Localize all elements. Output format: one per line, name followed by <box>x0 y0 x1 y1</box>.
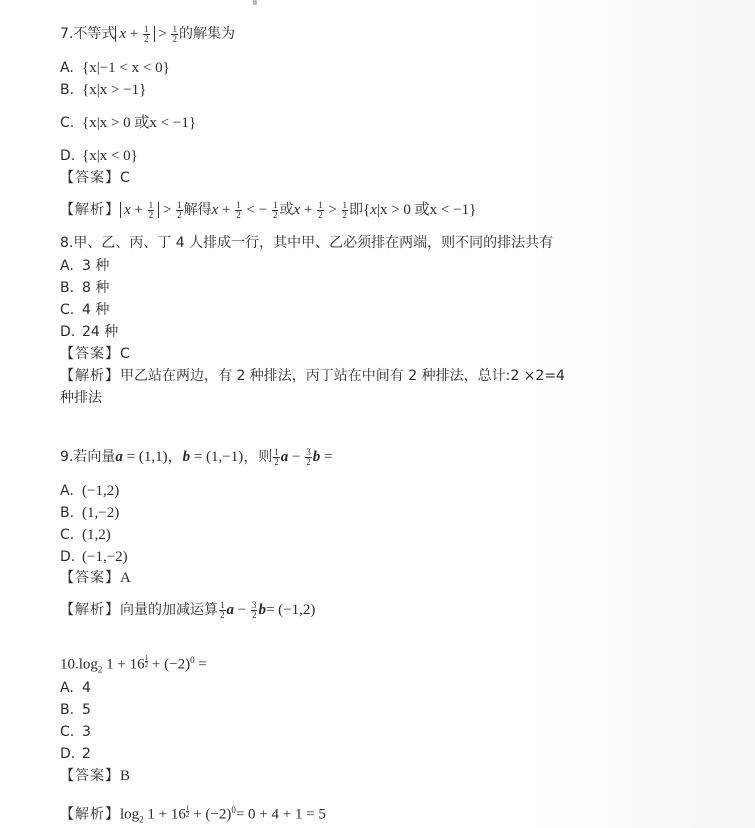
word-or: 或 <box>279 202 293 218</box>
q9-option-c: C.(1,2) <box>60 525 111 545</box>
op-plus: + <box>131 202 147 218</box>
q9-answer: 【答案】A <box>60 568 131 588</box>
q8-stem-text: 甲、乙、丙、丁 4 人排成一行，其中甲、乙必须排在两端，则不同的排法共有 <box>73 235 553 251</box>
frac-num: 1 <box>143 25 150 35</box>
op-eq: = <box>320 449 332 465</box>
q8-analysis-cont: 种排法 <box>60 388 102 408</box>
option-label: C. <box>60 722 82 742</box>
frac-den: 2 <box>343 211 348 220</box>
op-plus: + <box>189 807 205 823</box>
base-sixteen: 16 <box>130 657 145 673</box>
frac-den: 2 <box>177 211 182 220</box>
word-solve: 解得 <box>184 202 212 218</box>
analysis-label: 【解析】 <box>60 368 120 384</box>
frac-num: 1 <box>317 201 324 211</box>
q8-analysis: 【解析】甲乙站在两边，有 2 种排法，丙丁站在中间有 2 种排法，总计:2 ×2… <box>60 366 565 386</box>
word-then: 则 <box>258 449 272 465</box>
q10-answer: 【答案】B <box>60 766 130 786</box>
log-fn: log <box>79 657 98 673</box>
frac-num: 1 <box>171 25 178 35</box>
abs-expr: x + 12 <box>120 202 159 218</box>
frac-half: 12 <box>176 201 183 220</box>
frac-half: 12 <box>219 601 226 620</box>
analysis-result: = (−1,2) <box>266 602 315 618</box>
vector-a-value: = (1,1)， <box>123 449 183 465</box>
frac-den: 2 <box>149 211 154 220</box>
op-gt: > <box>159 202 175 218</box>
option-label: D. <box>60 322 82 342</box>
q9-stem-prefix: 若向量 <box>73 449 115 465</box>
answer-value: A <box>120 570 131 586</box>
frac-half: 12 <box>273 448 280 467</box>
option-label: B. <box>60 503 82 523</box>
frac-den: 2 <box>220 611 225 620</box>
op-plus: + <box>218 202 234 218</box>
set-condition: x > 0 或x < −1 <box>380 202 469 218</box>
page-artifact-mark <box>253 0 257 5</box>
option-label: B. <box>60 278 82 298</box>
op-plus: + <box>155 807 171 823</box>
analysis-prefix: 向量的加减运算 <box>120 602 218 618</box>
q9-stem: 9.若向量a = (1,1)，b = (1,−1)，则12a − 32b = <box>60 447 332 467</box>
q7-option-c: C.{x|x > 0 或x < −1} <box>60 113 196 133</box>
vector-b-value: = (1,−1)， <box>190 449 258 465</box>
analysis-text: 甲乙站在两边，有 2 种排法，丙丁站在中间有 2 种排法，总计:2 ×2=4 <box>120 368 565 384</box>
log-arg: 1 <box>102 657 113 673</box>
frac-num: 1 <box>235 201 242 211</box>
analysis-label: 【解析】 <box>60 602 120 618</box>
vector-a: a <box>227 602 235 618</box>
answer-label: 【答案】 <box>60 768 120 784</box>
frac-den: 2 <box>274 458 279 467</box>
q10-analysis: 【解析】log2 1 + 1612 + (−2)0= 0 + 4 + 1 = 5 <box>60 800 326 828</box>
frac-num: 1 <box>219 601 226 611</box>
option-label: A. <box>60 678 82 698</box>
var-x: x <box>124 202 131 218</box>
frac-three-halves: 32 <box>251 601 258 620</box>
q10-stem: 10.log2 1 + 1612 + (−2)0 = <box>60 650 207 679</box>
option-label: C. <box>60 113 82 133</box>
frac-half: 12 <box>148 201 155 220</box>
frac-half: 12 <box>171 25 178 44</box>
option-text: 24 种 <box>82 324 118 340</box>
q8-option-c: C.4 种 <box>60 300 109 320</box>
frac-den: 2 <box>306 458 311 467</box>
q8-option-d: D.24 种 <box>60 322 118 342</box>
frac-num: 1 <box>273 448 280 458</box>
op-minus: − <box>234 602 250 618</box>
document-page: 7.不等式x + 12 > 12的解集为 A.{x|−1 < x < 0} B.… <box>0 0 755 828</box>
q7-stem: 7.不等式x + 12 > 12的解集为 <box>60 24 235 44</box>
option-text: 2 <box>82 746 91 762</box>
answer-label: 【答案】 <box>60 170 120 186</box>
option-text: (−1,−2) <box>82 549 128 565</box>
answer-value: B <box>120 768 130 784</box>
op-lt: < <box>243 202 259 218</box>
op-plus: + <box>300 202 316 218</box>
frac-half: 12 <box>272 201 279 220</box>
vector-b: b <box>183 449 191 465</box>
q7-stem-suffix: 的解集为 <box>179 26 235 42</box>
option-text: 5 <box>82 702 91 718</box>
q10-option-b: B.5 <box>60 700 91 720</box>
option-text: 4 <box>82 680 91 696</box>
op-gt: > <box>155 26 171 42</box>
frac-half: 12 <box>317 201 324 220</box>
neg-two: (−2) <box>205 807 231 823</box>
log-fn: log <box>120 807 139 823</box>
q10-option-c: C.3 <box>60 722 91 742</box>
frac-den: 2 <box>252 611 257 620</box>
option-label: D. <box>60 146 82 166</box>
neg-two: (−2) <box>164 657 190 673</box>
vector-b: b <box>258 602 266 618</box>
q7-stem-prefix: 不等式 <box>73 26 115 42</box>
frac-num: 1 <box>342 201 349 211</box>
q7-option-a: A.{x|−1 < x < 0} <box>60 58 170 78</box>
op-plus: + <box>126 26 142 42</box>
q10-number: 10. <box>60 657 79 673</box>
q7-abs-expr: x + 12 <box>115 26 154 42</box>
option-text: (−1,2) <box>82 483 119 499</box>
q8-number: 8. <box>60 235 73 251</box>
op-plus: + <box>148 657 164 673</box>
q9-analysis: 【解析】向量的加减运算12a − 32b= (−1,2) <box>60 600 315 620</box>
answer-value: C <box>120 346 130 362</box>
log-arg: 1 <box>144 807 155 823</box>
q8-option-a: A.3 种 <box>60 256 109 276</box>
q9-option-b: B.(1,−2) <box>60 503 119 523</box>
frac-half: 12 <box>143 25 150 44</box>
frac-den: 2 <box>273 211 278 220</box>
option-text: 8 种 <box>82 280 109 296</box>
option-text: {x|x > −1} <box>82 82 146 98</box>
option-text: 3 种 <box>82 258 109 274</box>
frac-half: 12 <box>342 201 349 220</box>
q10-option-d: D.2 <box>60 744 91 764</box>
q8-answer: 【答案】C <box>60 344 130 364</box>
option-text: {x|x < 0} <box>82 148 138 164</box>
option-text: {x|−1 < x < 0} <box>82 60 170 76</box>
option-label: A. <box>60 256 82 276</box>
option-label: D. <box>60 547 82 567</box>
frac-num: 1 <box>176 201 183 211</box>
q7-option-b: B.{x|x > −1} <box>60 80 146 100</box>
q9-option-a: A.(−1,2) <box>60 481 119 501</box>
q8-stem: 8.甲、乙、丙、丁 4 人排成一行，其中甲、乙必须排在两端，则不同的排法共有 <box>60 233 553 253</box>
frac-num: 1 <box>272 201 279 211</box>
frac-three-halves: 32 <box>305 448 312 467</box>
op-gt: > <box>325 202 341 218</box>
op-eq: = <box>195 657 207 673</box>
option-label: B. <box>60 80 82 100</box>
frac-den: 2 <box>144 35 149 44</box>
op-plus: + <box>114 657 130 673</box>
analysis-label: 【解析】 <box>60 807 120 823</box>
option-text: 3 <box>82 724 91 740</box>
q9-option-d: D.(−1,−2) <box>60 547 128 567</box>
brace-close: } <box>469 202 476 218</box>
option-text: 4 种 <box>82 302 109 318</box>
answer-label: 【答案】 <box>60 346 120 362</box>
option-label: C. <box>60 525 82 545</box>
option-label: B. <box>60 700 82 720</box>
vector-a: a <box>115 449 123 465</box>
frac-den: 2 <box>236 211 241 220</box>
answer-label: 【答案】 <box>60 570 120 586</box>
frac-num: 3 <box>251 601 258 611</box>
analysis-result: = 0 + 4 + 1 = 5 <box>236 807 326 823</box>
frac-num: 1 <box>148 201 155 211</box>
option-label: A. <box>60 481 82 501</box>
q10-option-a: A.4 <box>60 678 91 698</box>
q7-number: 7. <box>60 26 73 42</box>
analysis-text-cont: 种排法 <box>60 390 102 406</box>
var-x: x <box>370 202 377 218</box>
op-minus: − <box>288 449 304 465</box>
q7-analysis: 【解析】x + 12 > 12解得x + 12 < − 12或x + 12 > … <box>60 200 476 220</box>
option-label: A. <box>60 58 82 78</box>
op-minus: − <box>259 202 271 218</box>
q7-answer: 【答案】C <box>60 168 130 188</box>
frac-den: 2 <box>318 211 323 220</box>
word-so: 即 <box>349 202 363 218</box>
frac-half: 12 <box>235 201 242 220</box>
base-sixteen: 16 <box>171 807 186 823</box>
q9-number: 9. <box>60 449 73 465</box>
option-text: (1,−2) <box>82 505 119 521</box>
option-label: D. <box>60 744 82 764</box>
q8-option-b: B.8 种 <box>60 278 109 298</box>
option-text: {x|x > 0 或x < −1} <box>82 115 196 131</box>
option-text: (1,2) <box>82 527 111 543</box>
frac-num: 3 <box>305 448 312 458</box>
analysis-label: 【解析】 <box>60 202 120 218</box>
option-label: C. <box>60 300 82 320</box>
q7-option-d: D.{x|x < 0} <box>60 146 138 166</box>
frac-den: 2 <box>172 35 177 44</box>
answer-value: C <box>120 170 130 186</box>
